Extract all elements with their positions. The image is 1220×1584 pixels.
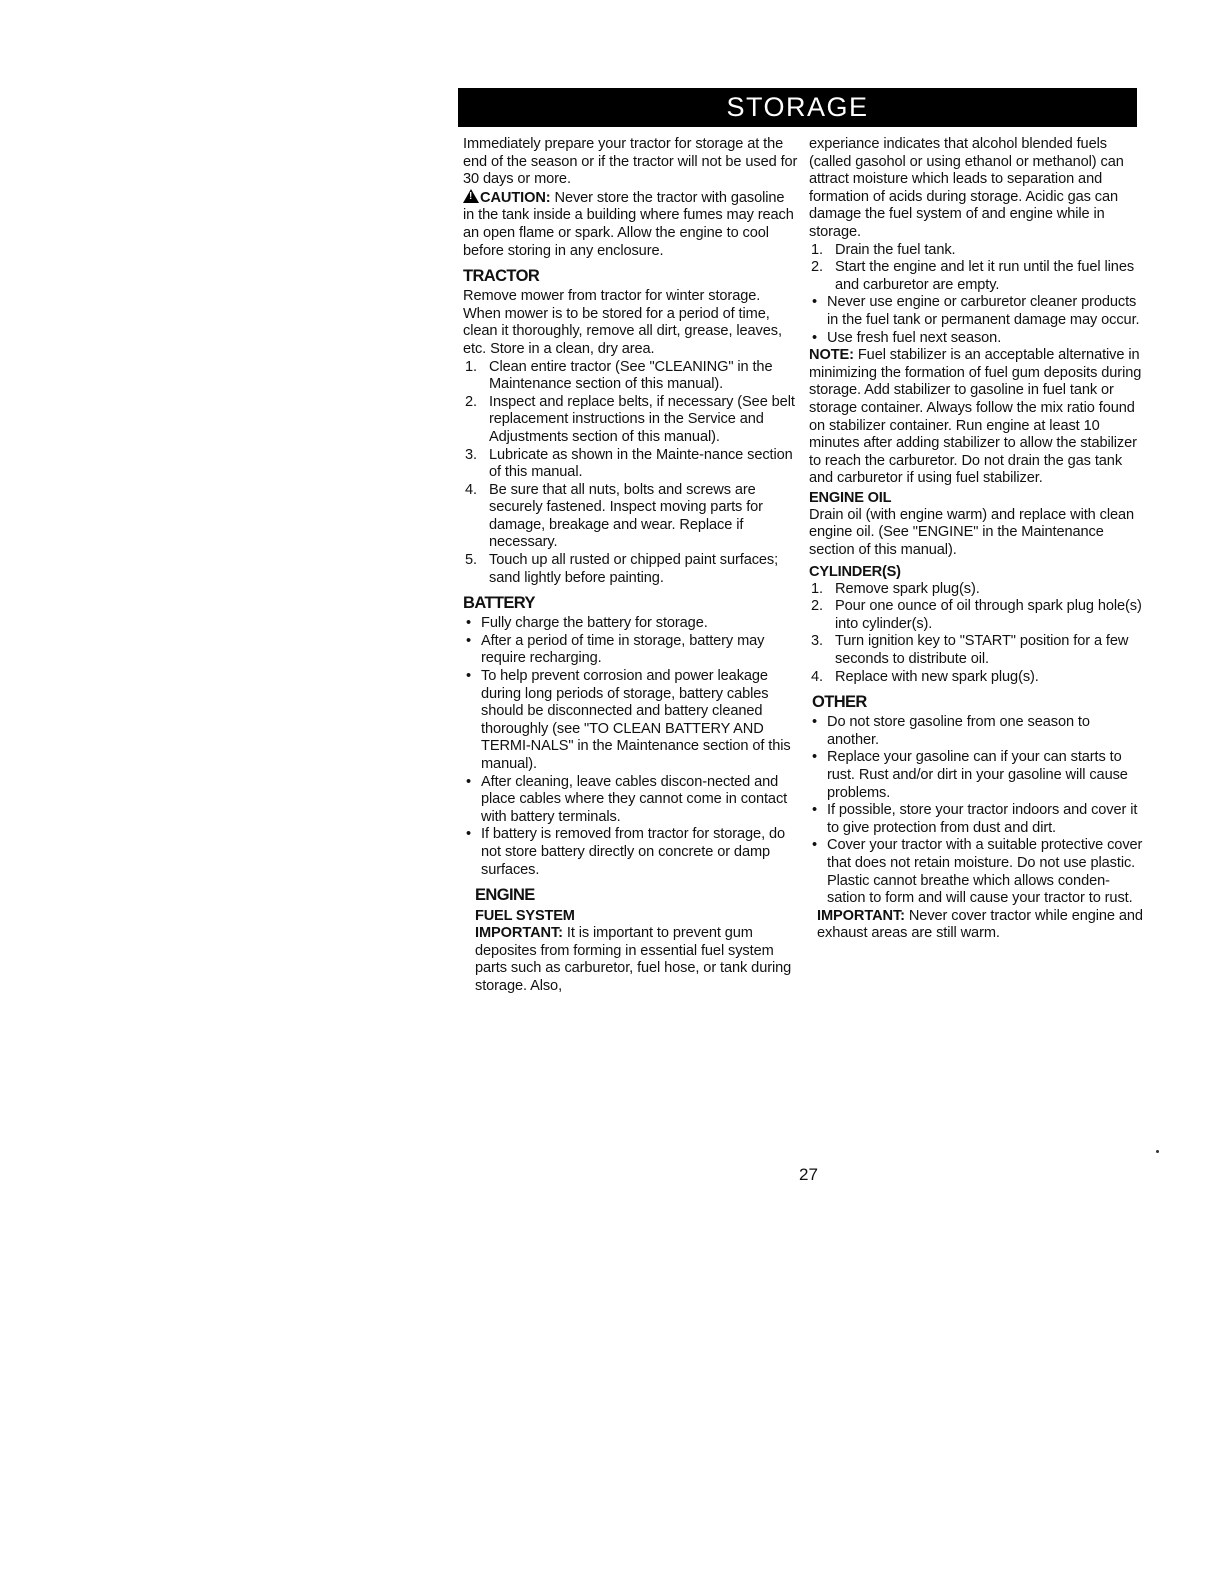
- list-item: 3.Turn ignition key to "START" position …: [809, 633, 1144, 668]
- fuel-continuation-paragraph: experiance indicates that alcohol blende…: [809, 136, 1144, 242]
- fuel-system-important: IMPORTANT: It is important to prevent gu…: [475, 925, 799, 995]
- step-text: Remove spark plug(s).: [835, 581, 980, 597]
- note-label: NOTE:: [809, 347, 854, 363]
- list-item: 2.Pour one ounce of oil through spark pl…: [809, 598, 1144, 633]
- list-item: •Replace your gasoline can if your can s…: [809, 749, 1144, 802]
- step-number: 3.: [811, 633, 823, 651]
- list-item: 1.Clean entire tractor (See "CLEANING" i…: [463, 359, 799, 394]
- bullet-icon: •: [466, 668, 471, 686]
- list-item: •Never use engine or carburetor cleaner …: [809, 294, 1144, 329]
- caution-label: CAUTION:: [480, 190, 551, 206]
- step-text: Lubricate as shown in the Mainte-nance s…: [489, 447, 793, 481]
- bullet-text: Never use engine or carburetor cleaner p…: [827, 294, 1140, 328]
- other-important: IMPORTANT: Never cover tractor while eng…: [817, 908, 1144, 943]
- step-text: Clean entire tractor (See "CLEANING" in …: [489, 359, 772, 393]
- list-item: 4.Replace with new spark plug(s).: [809, 669, 1144, 687]
- list-item: 2.Inspect and replace belts, if necessar…: [463, 394, 799, 447]
- bullet-icon: •: [466, 826, 471, 844]
- list-item: 1.Remove spark plug(s).: [809, 581, 1144, 599]
- step-number: 2.: [811, 598, 823, 616]
- tractor-intro: Remove mower from tractor for winter sto…: [463, 288, 799, 358]
- scan-speck: [1156, 1150, 1159, 1153]
- bullet-text: Fully charge the battery for storage.: [481, 615, 708, 631]
- note-paragraph: NOTE: Fuel stabilizer is an acceptable a…: [809, 347, 1144, 488]
- list-item: 3.Lubricate as shown in the Mainte-nance…: [463, 447, 799, 482]
- step-number: 4.: [465, 482, 477, 500]
- important-label: IMPORTANT:: [475, 925, 563, 941]
- list-item: •After a period of time in storage, batt…: [463, 633, 799, 668]
- section-heading-battery: BATTERY: [463, 593, 799, 613]
- bullet-text: Replace your gasoline can if your can st…: [827, 749, 1128, 800]
- bullet-text: If battery is removed from tractor for s…: [481, 826, 785, 877]
- fuel-bullets-list: •Never use engine or carburetor cleaner …: [809, 294, 1144, 347]
- step-text: Touch up all rusted or chipped paint sur…: [489, 552, 778, 586]
- bullet-text: To help prevent corrosion and power leak…: [481, 668, 791, 772]
- important-label: IMPORTANT:: [817, 908, 905, 924]
- step-number: 1.: [465, 359, 477, 377]
- warning-triangle-icon: [463, 189, 479, 203]
- list-item: •Use fresh fuel next season.: [809, 330, 1144, 348]
- caution-paragraph: CAUTION: Never store the tractor with ga…: [463, 189, 799, 260]
- step-number: 3.: [465, 447, 477, 465]
- cylinder-steps-list: 1.Remove spark plug(s). 2.Pour one ounce…: [809, 581, 1144, 687]
- step-text: Replace with new spark plug(s).: [835, 669, 1039, 685]
- intro-paragraph: Immediately prepare your tractor for sto…: [463, 136, 799, 189]
- list-item: 2.Start the engine and let it run until …: [809, 259, 1144, 294]
- list-item: •Do not store gasoline from one season t…: [809, 714, 1144, 749]
- left-column: Immediately prepare your tractor for sto…: [463, 136, 799, 996]
- bullet-text: After a period of time in storage, batte…: [481, 633, 764, 667]
- list-item: •Cover your tractor with a suitable prot…: [809, 837, 1144, 907]
- list-item: •After cleaning, leave cables discon-nec…: [463, 774, 799, 827]
- bullet-text: If possible, store your tractor indoors …: [827, 802, 1137, 836]
- step-number: 1.: [811, 581, 823, 599]
- subheading-engine-oil: ENGINE OIL: [809, 489, 1144, 507]
- bullet-icon: •: [812, 294, 817, 312]
- page-title: STORAGE: [726, 92, 868, 122]
- bullet-icon: •: [466, 615, 471, 633]
- list-item: •To help prevent corrosion and power lea…: [463, 668, 799, 774]
- step-number: 4.: [811, 669, 823, 687]
- battery-bullets-list: •Fully charge the battery for storage. •…: [463, 615, 799, 879]
- subheading-fuel-system: FUEL SYSTEM: [475, 907, 799, 925]
- step-number: 5.: [465, 552, 477, 570]
- bullet-icon: •: [812, 749, 817, 767]
- page-number: 27: [799, 1165, 818, 1185]
- step-number: 1.: [811, 242, 823, 260]
- section-heading-tractor: TRACTOR: [463, 266, 799, 286]
- step-text: Be sure that all nuts, bolts and screws …: [489, 482, 763, 551]
- step-text: Inspect and replace belts, if necessary …: [489, 394, 795, 445]
- bullet-text: Use fresh fuel next season.: [827, 330, 1001, 346]
- step-text: Pour one ounce of oil through spark plug…: [835, 598, 1142, 632]
- step-number: 2.: [465, 394, 477, 412]
- right-column: experiance indicates that alcohol blende…: [809, 136, 1144, 943]
- bullet-icon: •: [812, 837, 817, 855]
- step-text: Drain the fuel tank.: [835, 242, 956, 258]
- other-bullets-list: •Do not store gasoline from one season t…: [809, 714, 1144, 908]
- tractor-steps-list: 1.Clean entire tractor (See "CLEANING" i…: [463, 359, 799, 588]
- fuel-steps-list: 1.Drain the fuel tank. 2.Start the engin…: [809, 242, 1144, 295]
- list-item: 4.Be sure that all nuts, bolts and screw…: [463, 482, 799, 552]
- list-item: •If battery is removed from tractor for …: [463, 826, 799, 879]
- step-number: 2.: [811, 259, 823, 277]
- note-text: Fuel stabilizer is an acceptable alterna…: [809, 347, 1141, 486]
- bullet-icon: •: [812, 714, 817, 732]
- bullet-icon: •: [812, 330, 817, 348]
- subheading-cylinders: CYLINDER(S): [809, 563, 1144, 581]
- bullet-icon: •: [466, 633, 471, 651]
- bullet-icon: •: [812, 802, 817, 820]
- bullet-text: Cover your tractor with a suitable prote…: [827, 837, 1142, 906]
- step-text: Start the engine and let it run until th…: [835, 259, 1134, 293]
- list-item: 1.Drain the fuel tank.: [809, 242, 1144, 260]
- step-text: Turn ignition key to "START" position fo…: [835, 633, 1128, 667]
- bullet-text: Do not store gasoline from one season to…: [827, 714, 1090, 748]
- bullet-text: After cleaning, leave cables discon-nect…: [481, 774, 787, 825]
- bullet-icon: •: [466, 774, 471, 792]
- list-item: 5.Touch up all rusted or chipped paint s…: [463, 552, 799, 587]
- page-title-banner: STORAGE: [458, 88, 1137, 127]
- list-item: •Fully charge the battery for storage.: [463, 615, 799, 633]
- section-heading-engine: ENGINE: [475, 885, 799, 905]
- list-item: •If possible, store your tractor indoors…: [809, 802, 1144, 837]
- section-heading-other: OTHER: [812, 692, 1144, 712]
- engine-oil-text: Drain oil (with engine warm) and replace…: [809, 507, 1144, 560]
